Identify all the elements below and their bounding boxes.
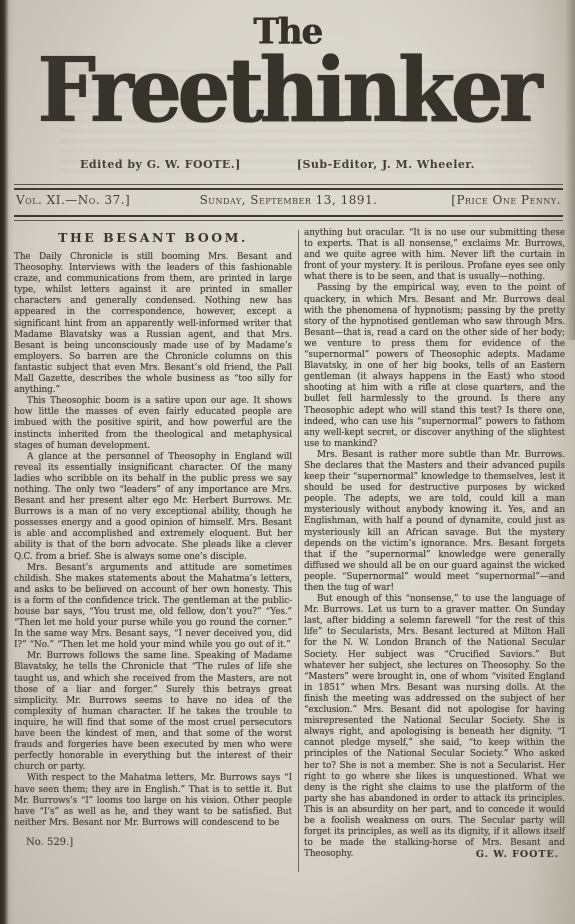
editor-left: Edited by G. W. FOOTE.] [80, 158, 241, 171]
editor-line: Edited by G. W. FOOTE.] [Sub-Editor, J. … [80, 158, 475, 171]
price: [Price One Penny. [377, 193, 561, 207]
column-gutter [292, 228, 304, 924]
left-column: THE BESANT BOOM. The Daily Chronicle is … [14, 228, 292, 924]
volume-number: Vol. XI.—No. 37.] [16, 193, 200, 207]
article-paragraph: But enough of this “nonsense,” to use th… [304, 594, 565, 860]
right-column-paragraphs: anything but oracular. “It is no use our… [304, 228, 565, 860]
article-paragraph: anything but oracular. “It is no use our… [304, 228, 565, 283]
dateline: Vol. XI.—No. 37.] Sunday, September 13, … [16, 193, 561, 207]
article-paragraph: This Theosophic boom is a satire upon ou… [14, 396, 292, 451]
article-paragraph: A glance at the personnel of Theosophy i… [14, 452, 292, 563]
article-title: THE BESANT BOOM. [14, 230, 292, 245]
left-column-paragraphs: The Daily Chronicle is still booming Mrs… [14, 252, 292, 829]
double-rule-bottom [14, 215, 563, 221]
column-divider-rule [298, 230, 299, 872]
article-body: THE BESANT BOOM. The Daily Chronicle is … [14, 228, 565, 924]
article-paragraph: Passing by the empirical way, even to th… [304, 283, 565, 449]
double-rule-top [14, 184, 563, 190]
article-paragraph: Mrs. Besant is rather more subtle than M… [304, 450, 565, 594]
article-paragraph: With respect to the Mahatma letters, Mr.… [14, 773, 292, 828]
issue-date: Sunday, September 13, 1891. [200, 193, 378, 207]
sub-editor-right: [Sub-Editor, J. M. Wheeler. [297, 158, 475, 171]
article-paragraph: The Daily Chronicle is still booming Mrs… [14, 252, 292, 396]
article-paragraph: Mrs. Besant’s arguments and attitude are… [14, 563, 292, 652]
right-column: anything but oracular. “It is no use our… [304, 228, 565, 924]
masthead-title: Freethinker [0, 42, 575, 139]
issue-number-footer: No. 529.] [26, 837, 292, 848]
article-paragraph: Mr. Burrows follows the same line. Speak… [14, 651, 292, 773]
